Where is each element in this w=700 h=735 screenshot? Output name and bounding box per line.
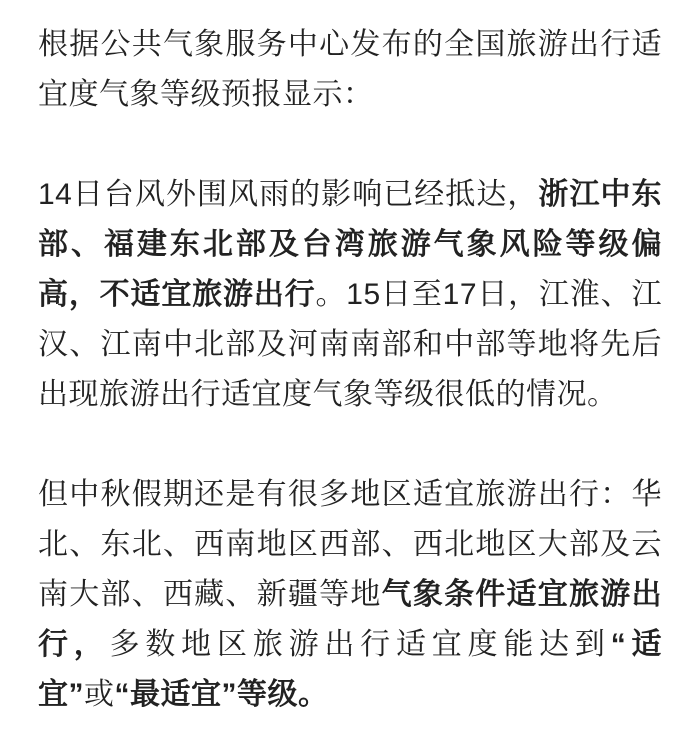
paragraph-suitable-regions: 但中秋假期还是有很多地区适宜旅游出行：华北、东北、西南地区西部、西北地区大部及云… <box>38 470 662 720</box>
text-segment: 14日台风外围风雨的影响已经抵达， <box>38 178 538 211</box>
text-segment: 或 <box>84 678 115 711</box>
paragraph-typhoon-warning: 14日台风外围风雨的影响已经抵达，浙江中东部、福建东北部及台湾旅游气象风险等级偏… <box>38 170 662 420</box>
bold-text-segment: “最适宜”等级。 <box>115 678 329 711</box>
text-segment: 根据公共气象服务中心发布的全国旅游出行适宜度气象等级预报显示： <box>38 28 662 111</box>
article-body: 根据公共气象服务中心发布的全国旅游出行适宜度气象等级预报显示： 14日台风外围风… <box>0 0 700 720</box>
text-segment: 多数地区旅游出行适宜度能达到 <box>110 628 611 661</box>
paragraph-intro: 根据公共气象服务中心发布的全国旅游出行适宜度气象等级预报显示： <box>38 20 662 120</box>
